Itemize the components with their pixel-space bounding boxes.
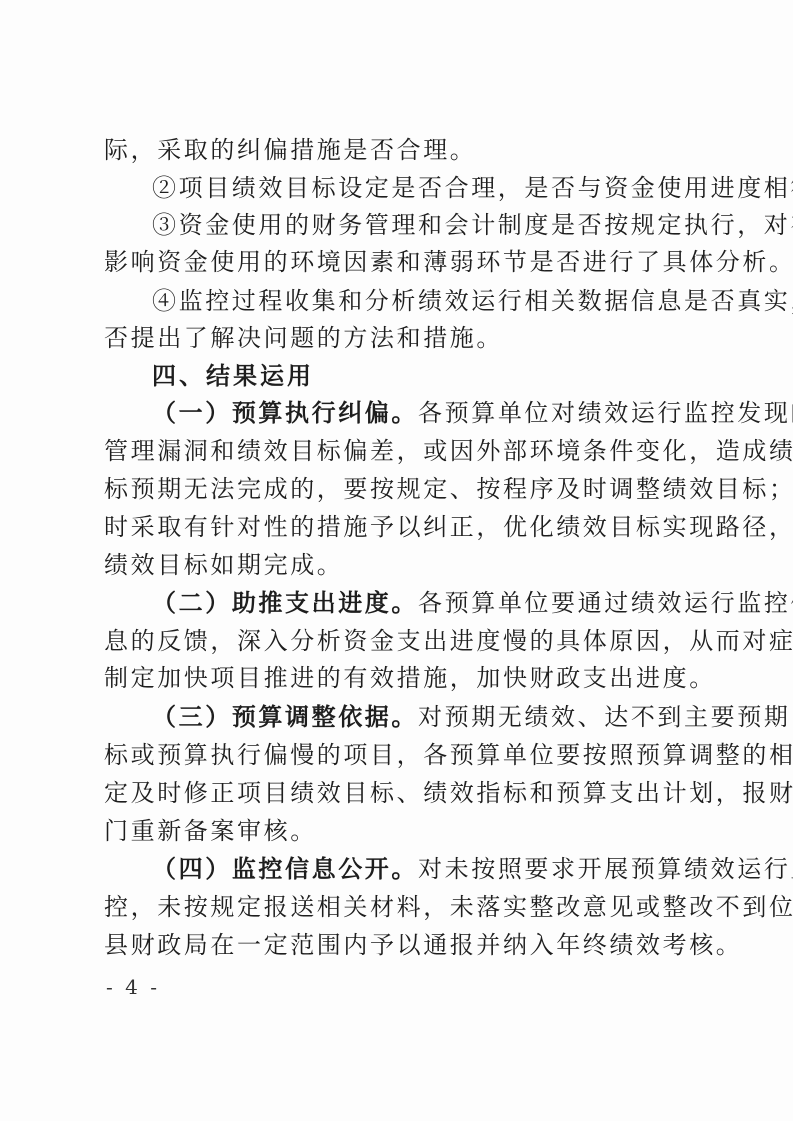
paragraph-line: 际，采取的纠偏措施是否合理。 — [104, 133, 700, 167]
paragraph-line-item-4: ④监控过程收集和分析绩效运行相关数据信息是否真实，是 — [152, 284, 700, 318]
item-4-line: 县财政局在一定范围内予以通报并纳入年终绩效考核。 — [104, 928, 700, 962]
paragraph-line-item-2: ②项目绩效目标设定是否合理，是否与资金使用进度相符。 — [152, 171, 700, 205]
item-2-number: （二） — [152, 589, 232, 617]
item-4-text: 对未按照要求开展预算绩效运行监 — [418, 855, 793, 883]
item-1-text: 各预算单位对绩效运行监控发现的 — [418, 399, 793, 427]
item-1-line: 绩效目标如期完成。 — [104, 548, 700, 582]
item-4-first-line: （四）监控信息公开。对未按照要求开展预算绩效运行监 — [152, 852, 700, 886]
item-2-line: 制定加快项目推进的有效措施，加快财政支出进度。 — [104, 661, 700, 695]
document-page: 际，采取的纠偏措施是否合理。 ②项目绩效目标设定是否合理，是否与资金使用进度相符… — [0, 0, 793, 1121]
paragraph-line: 否提出了解决问题的方法和措施。 — [104, 321, 700, 355]
item-1-title: 预算执行纠偏。 — [232, 399, 418, 427]
item-4-line: 控，未按规定报送相关材料，未落实整改意见或整改不到位，由 — [104, 890, 700, 924]
item-3-line: 定及时修正项目绩效目标、绩效指标和预算支出计划，报财政部 — [104, 776, 700, 810]
item-2-line: 息的反馈，深入分析资金支出进度慢的具体原因，从而对症下药， — [104, 624, 700, 658]
item-1-line: 管理漏洞和绩效目标偏差，或因外部环境条件变化，造成绩效目 — [104, 434, 700, 468]
item-3-first-line: （三）预算调整依据。对预期无绩效、达不到主要预期目 — [152, 700, 700, 734]
item-3-line: 门重新备案审核。 — [104, 814, 700, 848]
item-3-number: （三） — [152, 703, 232, 731]
item-3-text: 对预期无绩效、达不到主要预期目 — [418, 703, 793, 731]
item-1-line: 时采取有针对性的措施予以纠正，优化绩效目标实现路径，促进 — [104, 510, 700, 544]
item-1-number: （一） — [152, 399, 232, 427]
page-number: - 4 - — [106, 973, 160, 1001]
item-1-first-line: （一）预算执行纠偏。各预算单位对绩效运行监控发现的 — [152, 396, 700, 430]
item-2-title: 助推支出进度。 — [232, 589, 418, 617]
section-heading: 四、结果运用 — [152, 359, 700, 393]
item-1-line: 标预期无法完成的，要按规定、按程序及时调整绩效目标；要及 — [104, 472, 700, 506]
item-3-title: 预算调整依据。 — [232, 703, 418, 731]
item-4-title: 监控信息公开。 — [232, 855, 418, 883]
paragraph-line-item-3: ③资金使用的财务管理和会计制度是否按规定执行，对存在 — [152, 208, 700, 242]
item-2-first-line: （二）助推支出进度。各预算单位要通过绩效运行监控信 — [152, 586, 700, 620]
item-3-line: 标或预算执行偏慢的项目，各预算单位要按照预算调整的相关规 — [104, 738, 700, 772]
item-2-text: 各预算单位要通过绩效运行监控信 — [418, 589, 793, 617]
paragraph-line: 影响资金使用的环境因素和薄弱环节是否进行了具体分析。 — [104, 245, 700, 279]
item-4-number: （四） — [152, 855, 232, 883]
